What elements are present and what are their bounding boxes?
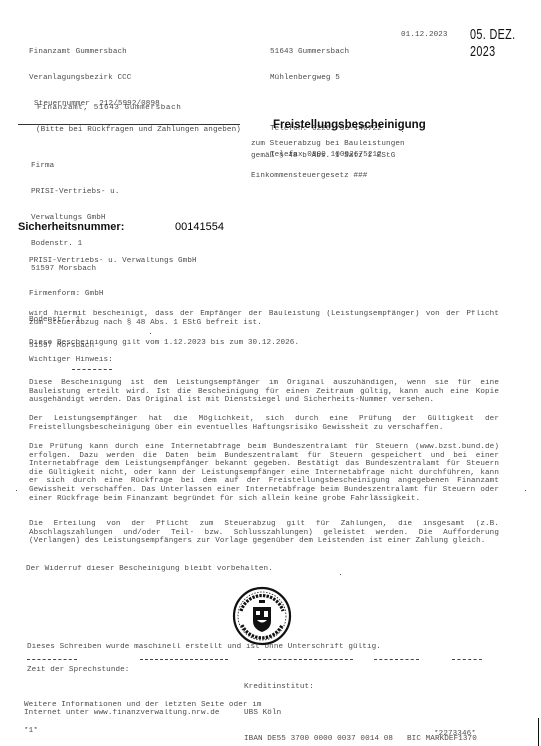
more-info-line-2[interactable]: Internet unter www.finanzverwaltung.nrw.… [24, 709, 220, 718]
office-city: 51643 Gummersbach [270, 48, 382, 57]
sender-office: Finanzamt Gummersbach [29, 48, 241, 57]
footer-rule [27, 659, 77, 660]
document-subtitle-3: Einkommensteuergesetz ### [251, 172, 367, 181]
document-subtitle-2: gemäß § 48 b Abs. 1 Satz 1 EStG [251, 152, 395, 161]
security-number-label: Sicherheitsnummer: [18, 221, 124, 233]
document-subtitle-1: zum Steuerabzug bei Bauleistungen [251, 140, 405, 149]
revocation-text: Der Widerruf dieser Bescheinigung bleibt… [26, 565, 273, 574]
machine-note: Dieses Schreiben wurde maschinell erstel… [27, 643, 381, 652]
received-stamp: 05. DEZ. 2023 [470, 26, 521, 60]
security-number: 00141554 [175, 221, 224, 233]
certification-text: wird hiermit bescheinigt, dass der Empfä… [29, 310, 499, 327]
footer-rule [374, 659, 419, 660]
validity-text: Diese Bescheinigung gilt vom 1.12.2023 b… [29, 339, 299, 348]
recipient-line: Firma [31, 162, 119, 171]
official-seal-icon [231, 585, 293, 647]
notice-paragraph: Der Leistungsempfänger hat die Möglichke… [29, 415, 499, 432]
sender-note: (Bitte bei Rückfragen und Zahlungen ange… [29, 126, 241, 135]
issue-date: 01.12.2023 [401, 31, 448, 40]
document-code: *2273346* [434, 730, 476, 739]
page-marker: *1* [24, 727, 38, 736]
notice-heading-underline [72, 369, 112, 370]
notice-heading: Wichtiger Hinweis: [29, 356, 113, 365]
office-street: Mühlenbergweg 5 [270, 74, 382, 83]
beneficiary-line: Firmenform: GmbH [29, 290, 104, 299]
notice-paragraph: Die Prüfung kann durch eine Internetabfr… [29, 443, 499, 503]
address-window-rule [18, 124, 240, 125]
notice-paragraph: Diese Bescheinigung ist dem Leistungsemp… [29, 379, 499, 405]
scan-edge-mark [538, 718, 539, 746]
document-title: Freistellungsbescheinigung [273, 119, 426, 131]
recipient-line: PRISI-Vertriebs- u. [31, 188, 119, 197]
hours-label: Zeit der Sprechstunde: [27, 666, 129, 675]
footer-rule [258, 659, 353, 660]
iban: IBAN DE55 3700 0000 0037 0014 08 [244, 735, 393, 743]
bank-label: Kreditinstitut: [244, 683, 477, 692]
sender-district: Veranlagungsbezirk CCC [29, 74, 241, 83]
return-address: Finanzamt, 51643 Gummersbach [37, 104, 181, 113]
beneficiary-name: PRISI-Vertriebs- u. Verwaltungs GmbH [29, 257, 197, 266]
recipient-line: Bodenstr. 1 [31, 240, 119, 249]
notice-paragraph: Die Erteilung von der Pflicht zum Steuer… [29, 520, 499, 546]
sender-block: Finanzamt Gummersbach Veranlagungsbezirk… [29, 31, 241, 143]
footer-rule [140, 659, 228, 660]
footer-rule [452, 659, 482, 660]
bank-name: UBS Köln [244, 709, 477, 718]
